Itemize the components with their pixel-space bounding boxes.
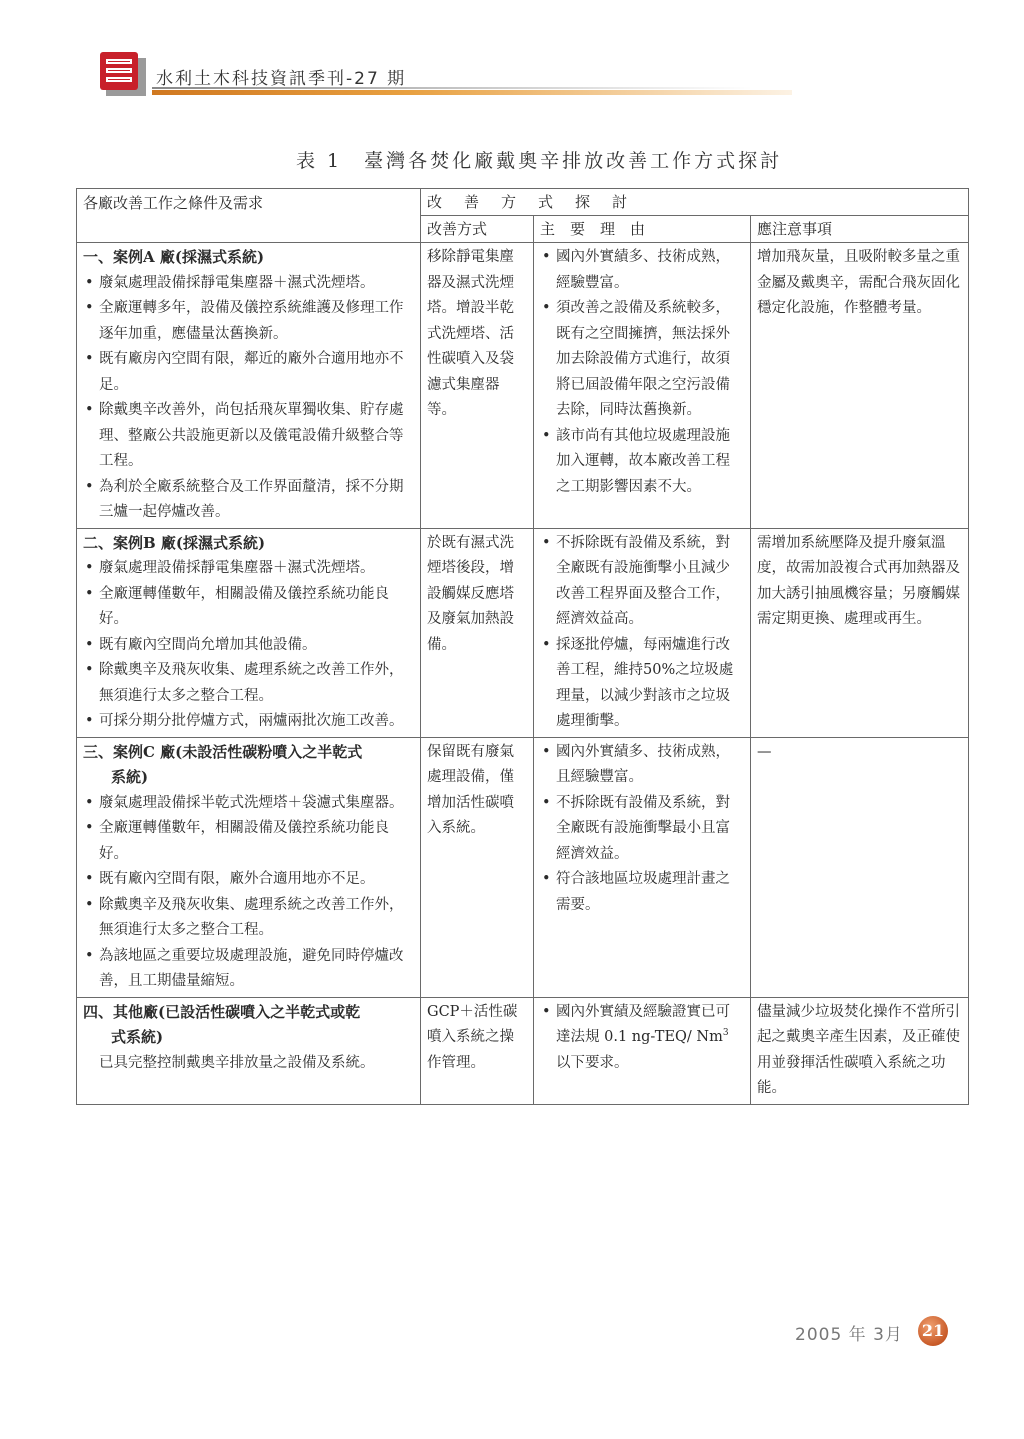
condition-item: 全廠運轉多年，設備及儀控系統維護及修理工作逐年加重，應儘量汰舊換新。 [83,296,414,347]
header-reasons: 主 要 理 由 [534,216,751,243]
case-title: 三、案例C 廠(未設活性碳粉噴入之半乾式 [83,740,414,766]
reasons-cell: 不拆除既有設備及系統，對全廠既有設施衝擊小且減少改善工程界面及整合工作，經濟效益… [534,528,751,737]
condition-item: 除戴奧辛及飛灰收集、處理系統之改善工作外，無須進行太多之整合工程。 [83,893,414,944]
condition-text: 已具完整控制戴奧辛排放量之設備及系統。 [83,1051,414,1077]
method-cell: GCP＋活性碳噴入系統之操作管理。 [421,997,534,1104]
condition-item: 廢氣處理設備採半乾式洗煙塔＋袋濾式集塵器。 [83,791,414,817]
condition-item: 全廠運轉僅數年，相關設備及儀控系統功能良好。 [83,816,414,867]
conditions-cell: 三、案例C 廠(未設活性碳粉噴入之半乾式 系統) 廢氣處理設備採半乾式洗煙塔＋袋… [77,737,421,997]
condition-item: 廢氣處理設備採靜電集塵器＋濕式洗煙塔。 [83,556,414,582]
header-conditions: 各廠改善工作之條件及需求 [77,189,421,243]
conditions-cell: 一、案例A 廠(採濕式系統) 廢氣處理設備採靜電集塵器＋濕式洗煙塔。 全廠運轉多… [77,243,421,529]
method-cell: 保留既有廢氣處理設備，僅增加活性碳噴入系統。 [421,737,534,997]
method-cell: 移除靜電集塵器及濕式洗煙塔。增設半乾式洗煙塔、活性碳噴入及袋濾式集塵器等。 [421,243,534,529]
reason-item: 不拆除既有設備及系統，對全廠既有設施衝擊最小且富經濟效益。 [540,791,744,868]
reason-item: 國內外實績多、技術成熟，經驗豐富。 [540,245,744,296]
journal-header: 水利土木科技資訊季刊-27 期 [100,52,780,102]
journal-logo-icon [100,52,146,96]
notes-cell: 增加飛灰量，且吸附較多量之重金屬及戴奧辛，需配合飛灰固化穩定化設施，作整體考量。 [751,243,969,529]
case-title-continued: 系統) [83,765,414,791]
issue-date: 2005 年 3月 [795,1320,903,1345]
condition-item: 全廠運轉僅數年，相關設備及儀控系統功能良好。 [83,582,414,633]
condition-item: 可採分期分批停爐方式，兩爐兩批次施工改善。 [83,709,414,735]
notes-cell: — [751,737,969,997]
header-notes: 應注意事項 [751,216,969,243]
notes-cell: 需增加系統壓降及提升廢氣溫度，故需加設複合式再加熱器及加大誘引抽風機容量；另廢觸… [751,528,969,737]
method-cell: 於既有濕式洗煙塔後段，增設觸媒反應塔及廢氣加熱設備。 [421,528,534,737]
header-improvement-discussion: 改善方式探討 [421,189,969,216]
page-number-badge: 21 [918,1316,948,1346]
table-row-case-a: 一、案例A 廠(採濕式系統) 廢氣處理設備採靜電集塵器＋濕式洗煙塔。 全廠運轉多… [77,243,969,529]
reason-item: 國內外實績多、技術成熟，且經驗豐富。 [540,740,744,791]
case-title: 一、案例A 廠(採濕式系統) [83,245,414,271]
reason-item: 國內外實績及經驗證實已可達法規 0.1 ng-TEQ/ Nm3 以下要求。 [540,1000,744,1077]
conditions-cell: 二、案例B 廠(採濕式系統) 廢氣處理設備採靜電集塵器＋濕式洗煙塔。 全廠運轉僅… [77,528,421,737]
condition-item: 廢氣處理設備採靜電集塵器＋濕式洗煙塔。 [83,271,414,297]
conditions-cell: 四、其他廠(已設活性碳噴入之半乾式或乾 式系統) 已具完整控制戴奧辛排放量之設備… [77,997,421,1104]
reasons-cell: 國內外實績及經驗證實已可達法規 0.1 ng-TEQ/ Nm3 以下要求。 [534,997,751,1104]
reason-item: 須改善之設備及系統較多，既有之空間擁擠，無法採外加去除設備方式進行，故須將已屆設… [540,296,744,424]
reason-item: 採逐批停爐，每兩爐進行改善工程，維持50%之垃圾處理量，以減少對該市之垃圾處理衝… [540,633,744,735]
table-row-other-plants: 四、其他廠(已設活性碳噴入之半乾式或乾 式系統) 已具完整控制戴奧辛排放量之設備… [77,997,969,1104]
table-row-case-b: 二、案例B 廠(採濕式系統) 廢氣處理設備採靜電集塵器＋濕式洗煙塔。 全廠運轉僅… [77,528,969,737]
improvement-table: 各廠改善工作之條件及需求 改善方式探討 改善方式 主 要 理 由 應注意事項 一… [76,188,969,1105]
condition-item: 既有廠內空間有限，廠外合適用地亦不足。 [83,867,414,893]
header-method: 改善方式 [421,216,534,243]
header-rule [152,87,752,89]
case-title: 四、其他廠(已設活性碳噴入之半乾式或乾 [83,1000,414,1026]
condition-item: 除戴奧辛及飛灰收集、處理系統之改善工作外，無須進行太多之整合工程。 [83,658,414,709]
journal-title: 水利土木科技資訊季刊-27 期 [156,64,406,89]
condition-item: 為該地區之重要垃圾處理設施，避免同時停爐改善，且工期儘量縮短。 [83,944,414,995]
reasons-cell: 國內外實績多、技術成熟，經驗豐富。 須改善之設備及系統較多，既有之空間擁擠，無法… [534,243,751,529]
notes-cell: 儘量減少垃圾焚化操作不當所引起之戴奧辛產生因素，及正確使用並發揮活性碳噴入系統之… [751,997,969,1104]
reasons-cell: 國內外實績多、技術成熟，且經驗豐富。 不拆除既有設備及系統，對全廠既有設施衝擊最… [534,737,751,997]
header-accent-rule [152,90,792,95]
reason-item: 該市尚有其他垃圾處理設施加入運轉，故本廠改善工程之工期影響因素不大。 [540,424,744,501]
table-caption: 表 1臺灣各焚化廠戴奧辛排放改善工作方式探討 [296,146,782,173]
case-title: 二、案例B 廠(採濕式系統) [83,531,414,557]
condition-item: 既有廠房內空間有限，鄰近的廠外合適用地亦不足。 [83,347,414,398]
condition-item: 為利於全廠系統整合及工作界面釐清，採不分期三爐一起停爐改善。 [83,475,414,526]
table-number: 表 1 [296,150,342,172]
reason-item: 符合該地區垃圾處理計畫之需要。 [540,867,744,918]
table-title: 臺灣各焚化廠戴奧辛排放改善工作方式探討 [364,150,782,172]
table-row-case-c: 三、案例C 廠(未設活性碳粉噴入之半乾式 系統) 廢氣處理設備採半乾式洗煙塔＋袋… [77,737,969,997]
condition-item: 除戴奧辛改善外，尚包括飛灰單獨收集、貯存處理、整廠公共設施更新以及儀電設備升級整… [83,398,414,475]
case-title-continued: 式系統) [83,1025,414,1051]
condition-item: 既有廠內空間尚允增加其他設備。 [83,633,414,659]
reason-item: 不拆除既有設備及系統，對全廠既有設施衝擊小且減少改善工程界面及整合工作，經濟效益… [540,531,744,633]
